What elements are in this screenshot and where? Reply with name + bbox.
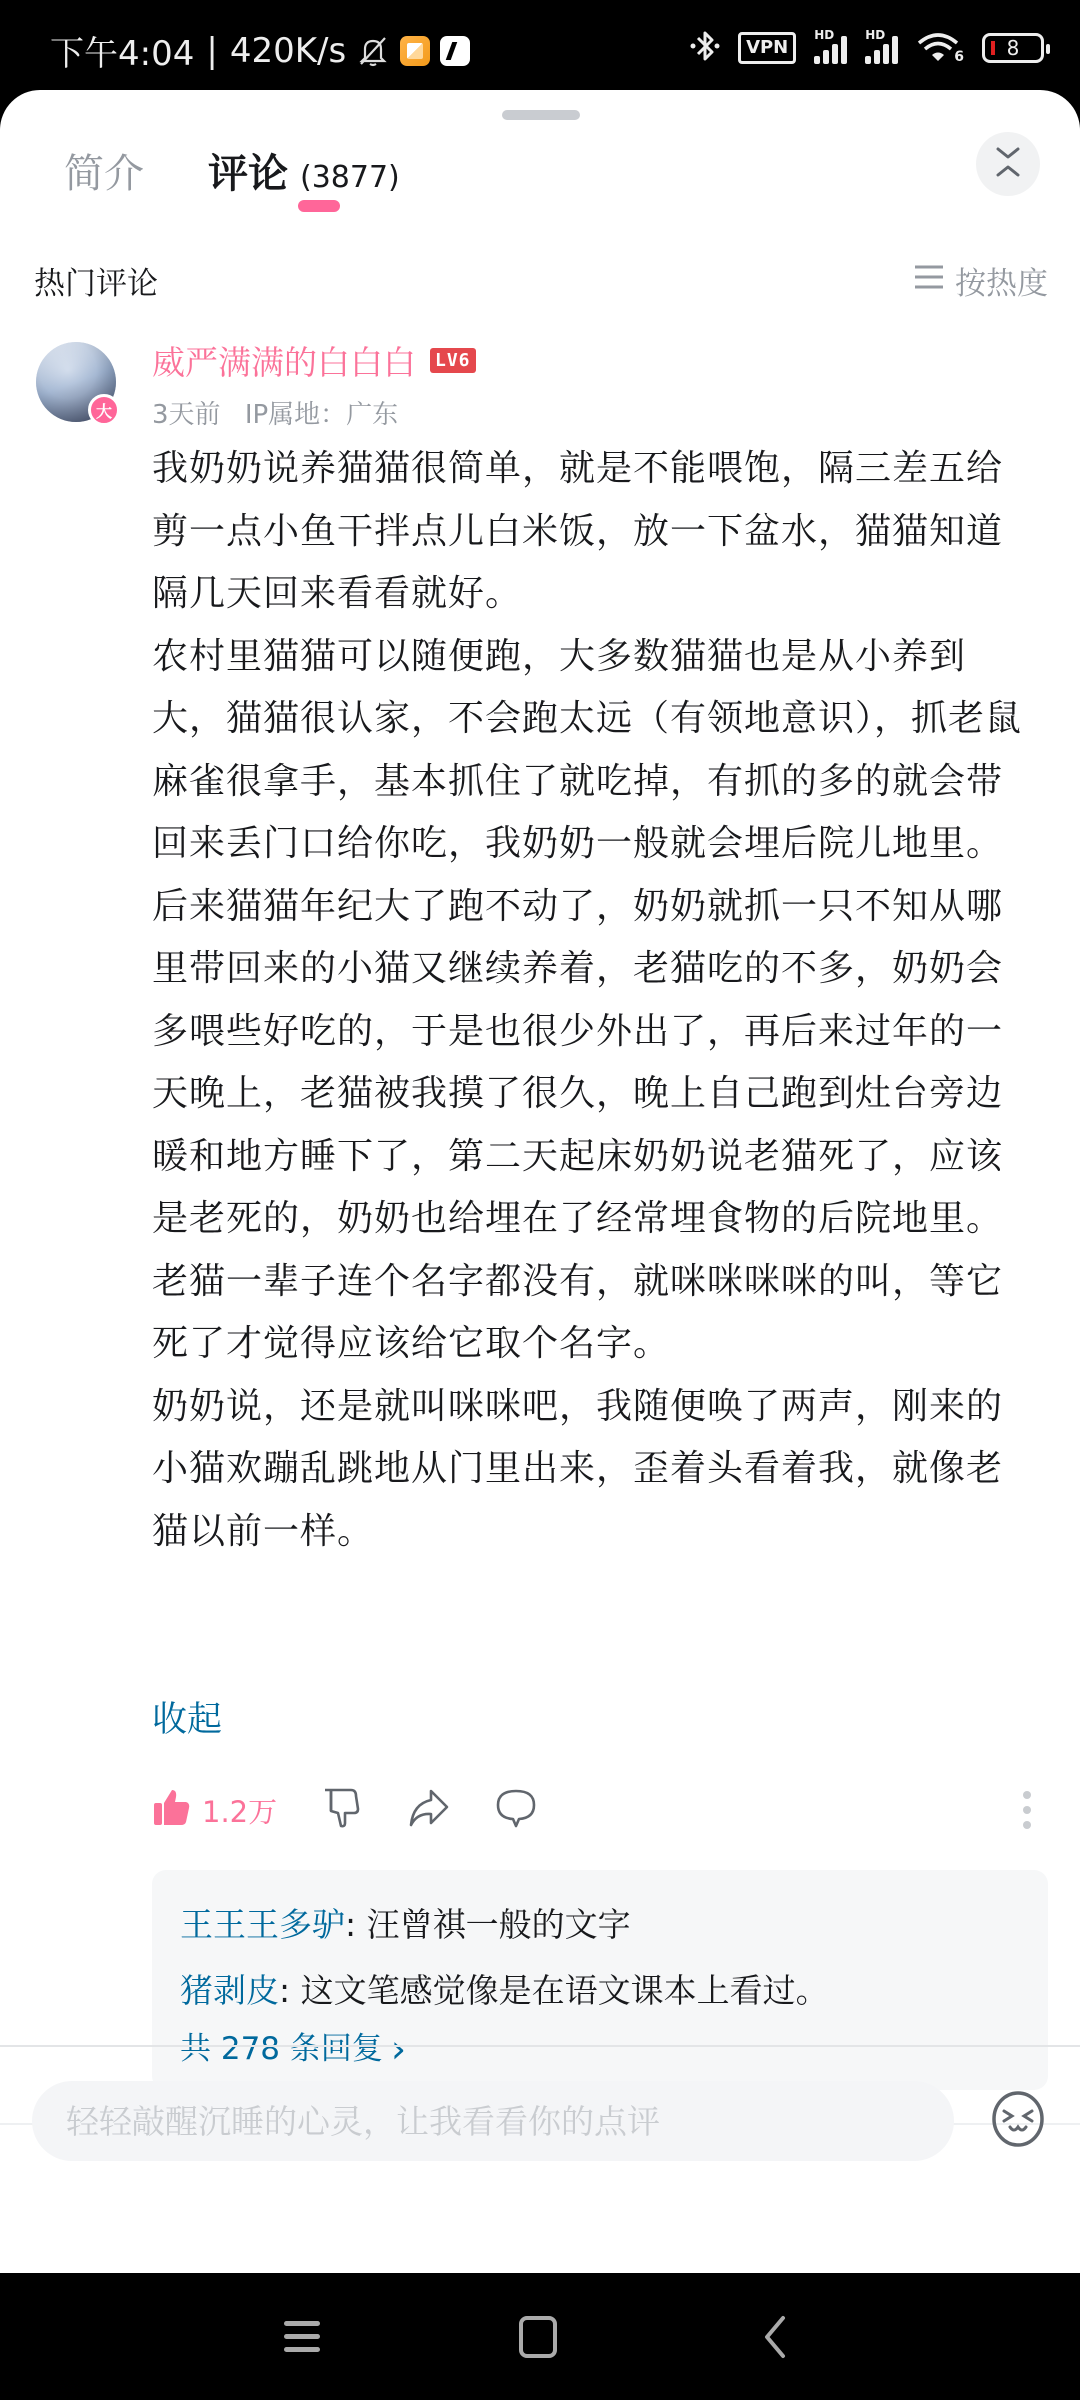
like-count: 1.2万 <box>202 1790 277 1831</box>
like-button[interactable]: 1.2万 <box>152 1787 277 1834</box>
hot-comments-header: 热门评论 按热度 <box>34 258 1048 303</box>
divider <box>0 2045 1080 2047</box>
status-bar-left: 下午4:04 | 420K/s <box>50 26 470 75</box>
comment-count: (3877) <box>300 160 400 195</box>
emoji-face-icon <box>990 2132 1046 2151</box>
level-badge: LV6 <box>430 348 476 373</box>
back-button[interactable] <box>744 2314 804 2364</box>
battery-icon: 8 <box>982 33 1044 63</box>
app-notification-icon <box>440 36 470 66</box>
comment-text: 我奶奶说养猫猫很简单，就是不能喂饱，隔三差五给剪一点小鱼干拌点儿白米饭，放一下盆… <box>152 438 1022 1563</box>
username[interactable]: 威严满满的白白白 <box>152 337 416 384</box>
bell-off-icon <box>356 34 390 68</box>
reply-preview[interactable]: 王王王多驴: 汪曾祺一般的文字 猪剥皮: 这文笔感觉像是在语文课本上看过。 共 … <box>152 1870 1048 2090</box>
reply-username[interactable]: 王王王多驴 <box>180 1905 345 1944</box>
comment-time: 3天前 <box>152 400 221 430</box>
comment-meta: 3天前 IP属地：广东 <box>152 394 398 431</box>
emoji-button[interactable] <box>990 2091 1046 2147</box>
comment-paragraph: 我奶奶说养猫猫很简单，就是不能喂饱，隔三差五给剪一点小鱼干拌点儿白米饭，放一下盆… <box>152 438 1022 626</box>
system-nav-bar <box>0 2276 1080 2400</box>
thumbs-up-icon <box>152 1787 192 1834</box>
collapse-text-link[interactable]: 收起 <box>152 1692 222 1742</box>
bluetooth-icon <box>690 28 720 68</box>
dislike-button[interactable] <box>321 1787 363 1833</box>
avatar[interactable]: 大 <box>36 342 116 422</box>
tab-comments[interactable]: 评论 (3877) <box>208 142 400 199</box>
comment-paragraph: 后来猫猫年纪大了跑不动了，奶奶就抓一只不知从哪里带回来的小猫又继续养着，老猫吃的… <box>152 876 1022 1251</box>
comment-input[interactable] <box>66 2102 954 2141</box>
reply-text: : 汪曾祺一般的文字 <box>345 1905 631 1944</box>
share-arrow-icon <box>407 1788 451 1832</box>
comment-input-bar[interactable] <box>32 2081 954 2161</box>
home-square-icon <box>518 2315 558 2363</box>
chevron-right-icon: › <box>391 2024 406 2074</box>
vip-badge: 大 <box>88 394 120 426</box>
notes-app-icon <box>400 36 430 66</box>
signal-icon-sim1: HD <box>814 32 847 64</box>
reply-username[interactable]: 猪剥皮 <box>180 1971 279 2010</box>
clock: 下午4:04 <box>50 26 194 75</box>
collapse-icon <box>993 145 1023 183</box>
tab-intro[interactable]: 简介 <box>64 142 144 199</box>
tab-bar: 简介 评论 (3877) <box>64 130 464 210</box>
section-title: 热门评论 <box>34 258 158 303</box>
comment-paragraph: 奶奶说，还是就叫咪咪吧，我随便唤了两声，刚来的小猫欢蹦乱跳地从门里出来，歪着头看… <box>152 1376 1022 1564</box>
view-all-replies-link[interactable]: 共 278 条回复 › <box>180 2024 1020 2074</box>
status-bar: 下午4:04 | 420K/s VPN HD HD 6 8 <box>0 0 1080 92</box>
drag-handle[interactable] <box>502 110 580 120</box>
reply-button[interactable] <box>495 1787 537 1833</box>
home-button[interactable] <box>508 2314 568 2364</box>
sort-lines-icon <box>913 263 945 299</box>
thumbs-down-icon <box>321 1787 363 1833</box>
separator: | <box>206 31 217 71</box>
wifi-icon: 6 <box>916 31 964 65</box>
vpn-icon: VPN <box>738 32 796 64</box>
comment-paragraph: 老猫一辈子连个名字都没有，就咪咪咪咪的叫，等它死了才觉得应该给它取个名字。 <box>152 1251 1022 1376</box>
comment-bubble-icon <box>495 1787 537 1833</box>
menu-lines-icon <box>282 2317 322 2361</box>
comment-actions: 1.2万 <box>152 1782 1032 1838</box>
comment-paragraph: 农村里猫猫可以随便跑，大多数猫猫也是从小养到大，猫猫很认家，不会跑太远（有领地意… <box>152 626 1022 876</box>
signal-icon-sim2: HD <box>865 32 898 64</box>
recents-button[interactable] <box>272 2314 332 2364</box>
sort-button[interactable]: 按热度 <box>913 258 1048 303</box>
reply-item[interactable]: 猪剥皮: 这文笔感觉像是在语文课本上看过。 <box>180 1958 1020 2024</box>
comments-sheet: 简介 评论 (3877) 热门评论 按热度 大 威严满满的白白白 LV6 <box>0 90 1080 2273</box>
ip-location: IP属地：广东 <box>245 400 398 430</box>
network-speed: 420K/s <box>230 31 346 71</box>
reply-text: : 这文笔感觉像是在语文课本上看过。 <box>279 1971 829 2010</box>
more-options-button[interactable] <box>1022 1782 1032 1838</box>
reply-item[interactable]: 王王王多驴: 汪曾祺一般的文字 <box>180 1892 1020 1958</box>
share-button[interactable] <box>407 1788 451 1832</box>
status-bar-right: VPN HD HD 6 8 <box>690 28 1044 68</box>
active-tab-indicator <box>298 200 340 212</box>
back-chevron-icon <box>759 2315 789 2363</box>
collapse-sheet-button[interactable] <box>976 132 1040 196</box>
